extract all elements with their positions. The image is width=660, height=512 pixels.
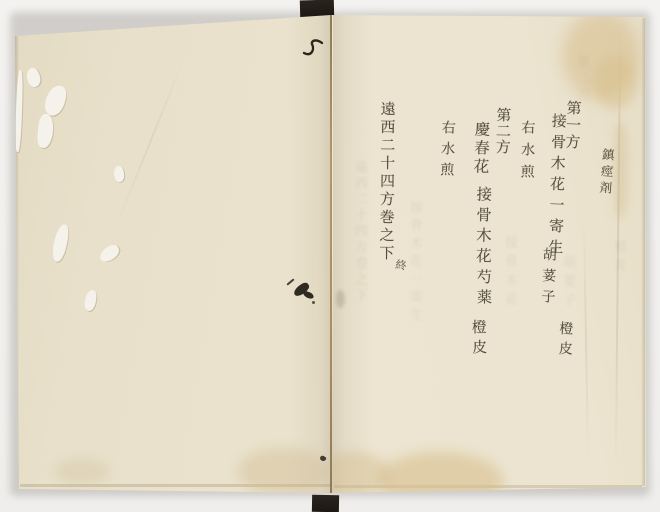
section-title-column: 鎮痙剤 — [595, 147, 616, 198]
paper-damage — [42, 83, 68, 118]
ink-smudge — [336, 290, 345, 308]
end-mark: 終 — [391, 258, 409, 272]
page-edge — [641, 18, 645, 486]
spine-tab-bottom — [312, 495, 339, 512]
paper-damage — [97, 243, 122, 265]
binding-thread-mark — [300, 36, 334, 60]
colophon-column: 遠西二十四方巻之下 — [376, 101, 398, 263]
prescription-1-ingredient-1: 接骨木花一寄生 — [545, 113, 570, 260]
prescription-2-heading: 第二方 — [493, 107, 515, 155]
paper-damage — [112, 165, 125, 183]
prescription-1-ingredient-2: 胡荽子 — [537, 247, 559, 311]
manuscript-photo: 遠西二十四方巻之下 接骨木花一寄生 接骨木花 胡荽子 橙皮 第二方 鎮痙剤 第一… — [0, 0, 660, 512]
paper-damage — [51, 223, 70, 263]
paper-damage — [24, 66, 43, 88]
prescription-2-ingredient-4: 橙皮 — [469, 319, 491, 359]
bleedthrough-text: 遠西二十四方巻之下 — [350, 160, 369, 304]
water-stain — [238, 448, 330, 496]
prescription-1-ingredient-3: 橙皮 — [554, 321, 575, 362]
center-gutter — [330, 15, 332, 493]
paper-crease — [583, 215, 589, 465]
prescription-2-ingredient-1: 慶春花 — [469, 121, 492, 177]
prescription-2-ingredient-3: 芍薬 — [474, 269, 495, 309]
paper-damage — [84, 289, 98, 311]
prescription-2-method: 右水煎 — [436, 120, 458, 184]
water-stain — [378, 452, 503, 510]
bleedthrough-text: 接骨木花 — [500, 235, 519, 311]
bleedthrough-text: 第二方 — [572, 55, 591, 103]
prescription-2-ingredient-2: 接骨木花 — [472, 186, 495, 268]
paper-damage — [37, 113, 55, 148]
prescription-1-method: 右水煎 — [516, 120, 537, 186]
water-stain — [55, 458, 110, 484]
bleedthrough-text: 橙皮 — [612, 240, 629, 276]
gutter-shade — [288, 15, 333, 493]
water-stain — [595, 55, 637, 110]
ink-speck — [312, 301, 315, 304]
paper-crease — [114, 52, 187, 229]
bleedthrough-text: 胡荽子 — [558, 255, 577, 312]
water-stain — [614, 122, 628, 217]
